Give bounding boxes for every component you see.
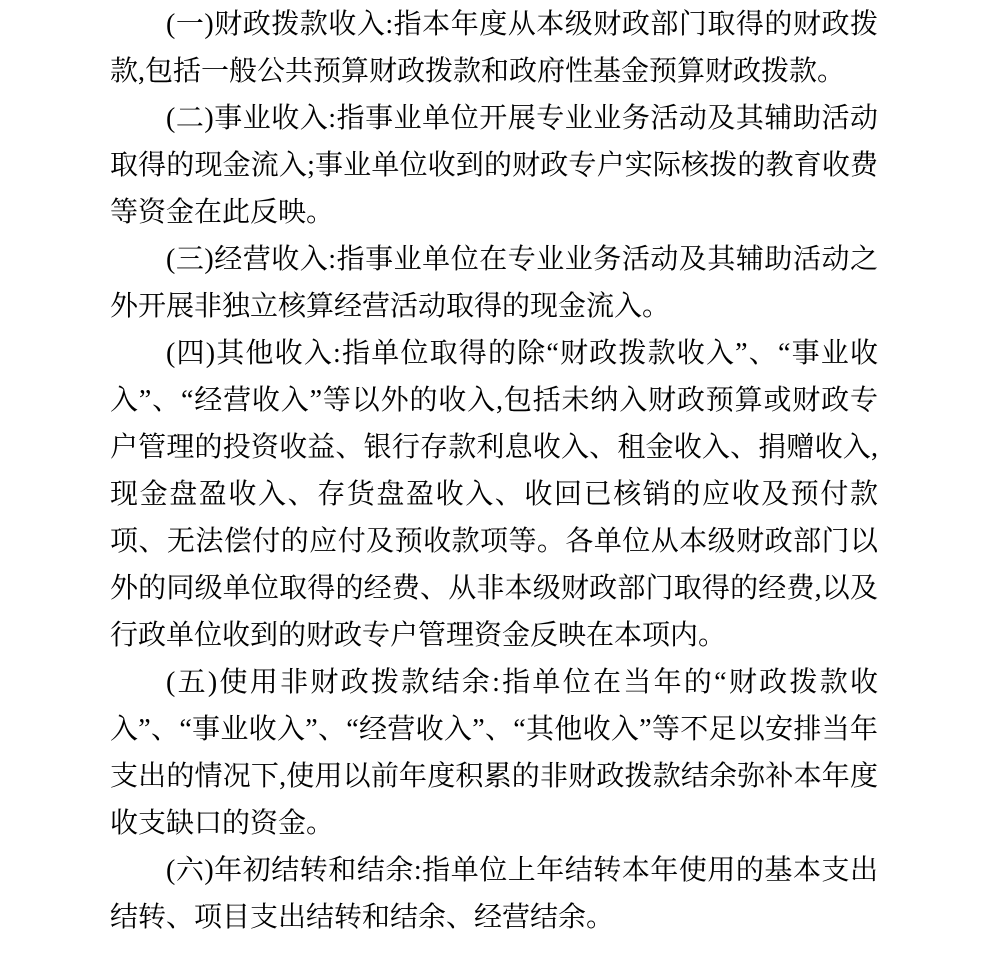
paragraph-operating-income-public: (二)事业收入:指事业单位开展专业业务活动及其辅助活动取得的现金流入;事业单位收… [110,95,878,236]
paragraph-other-income: (四)其他收入:指单位取得的除“财政拨款收入”、“事业收入”、“经营收入”等以外… [110,330,878,659]
paragraph-business-income: (三)经营收入:指事业单位在专业业务活动及其辅助活动之外开展非独立核算经营活动取… [110,236,878,330]
paragraph-fiscal-appropriation-income: (一)财政拨款收入:指本年度从本级财政部门取得的财政拨款,包括一般公共预算财政拨… [110,1,878,95]
paragraph-carryover-and-surplus: (六)年初结转和结余:指单位上年结转本年使用的基本支出结转、项目支出结转和结余、… [110,847,878,941]
paragraph-non-fiscal-surplus: (五)使用非财政拨款结余:指单位在当年的“财政拨款收入”、“事业收入”、“经营收… [110,659,878,847]
document-page: (一)财政拨款收入:指本年度从本级财政部门取得的财政拨款,包括一般公共预算财政拨… [0,0,1000,975]
